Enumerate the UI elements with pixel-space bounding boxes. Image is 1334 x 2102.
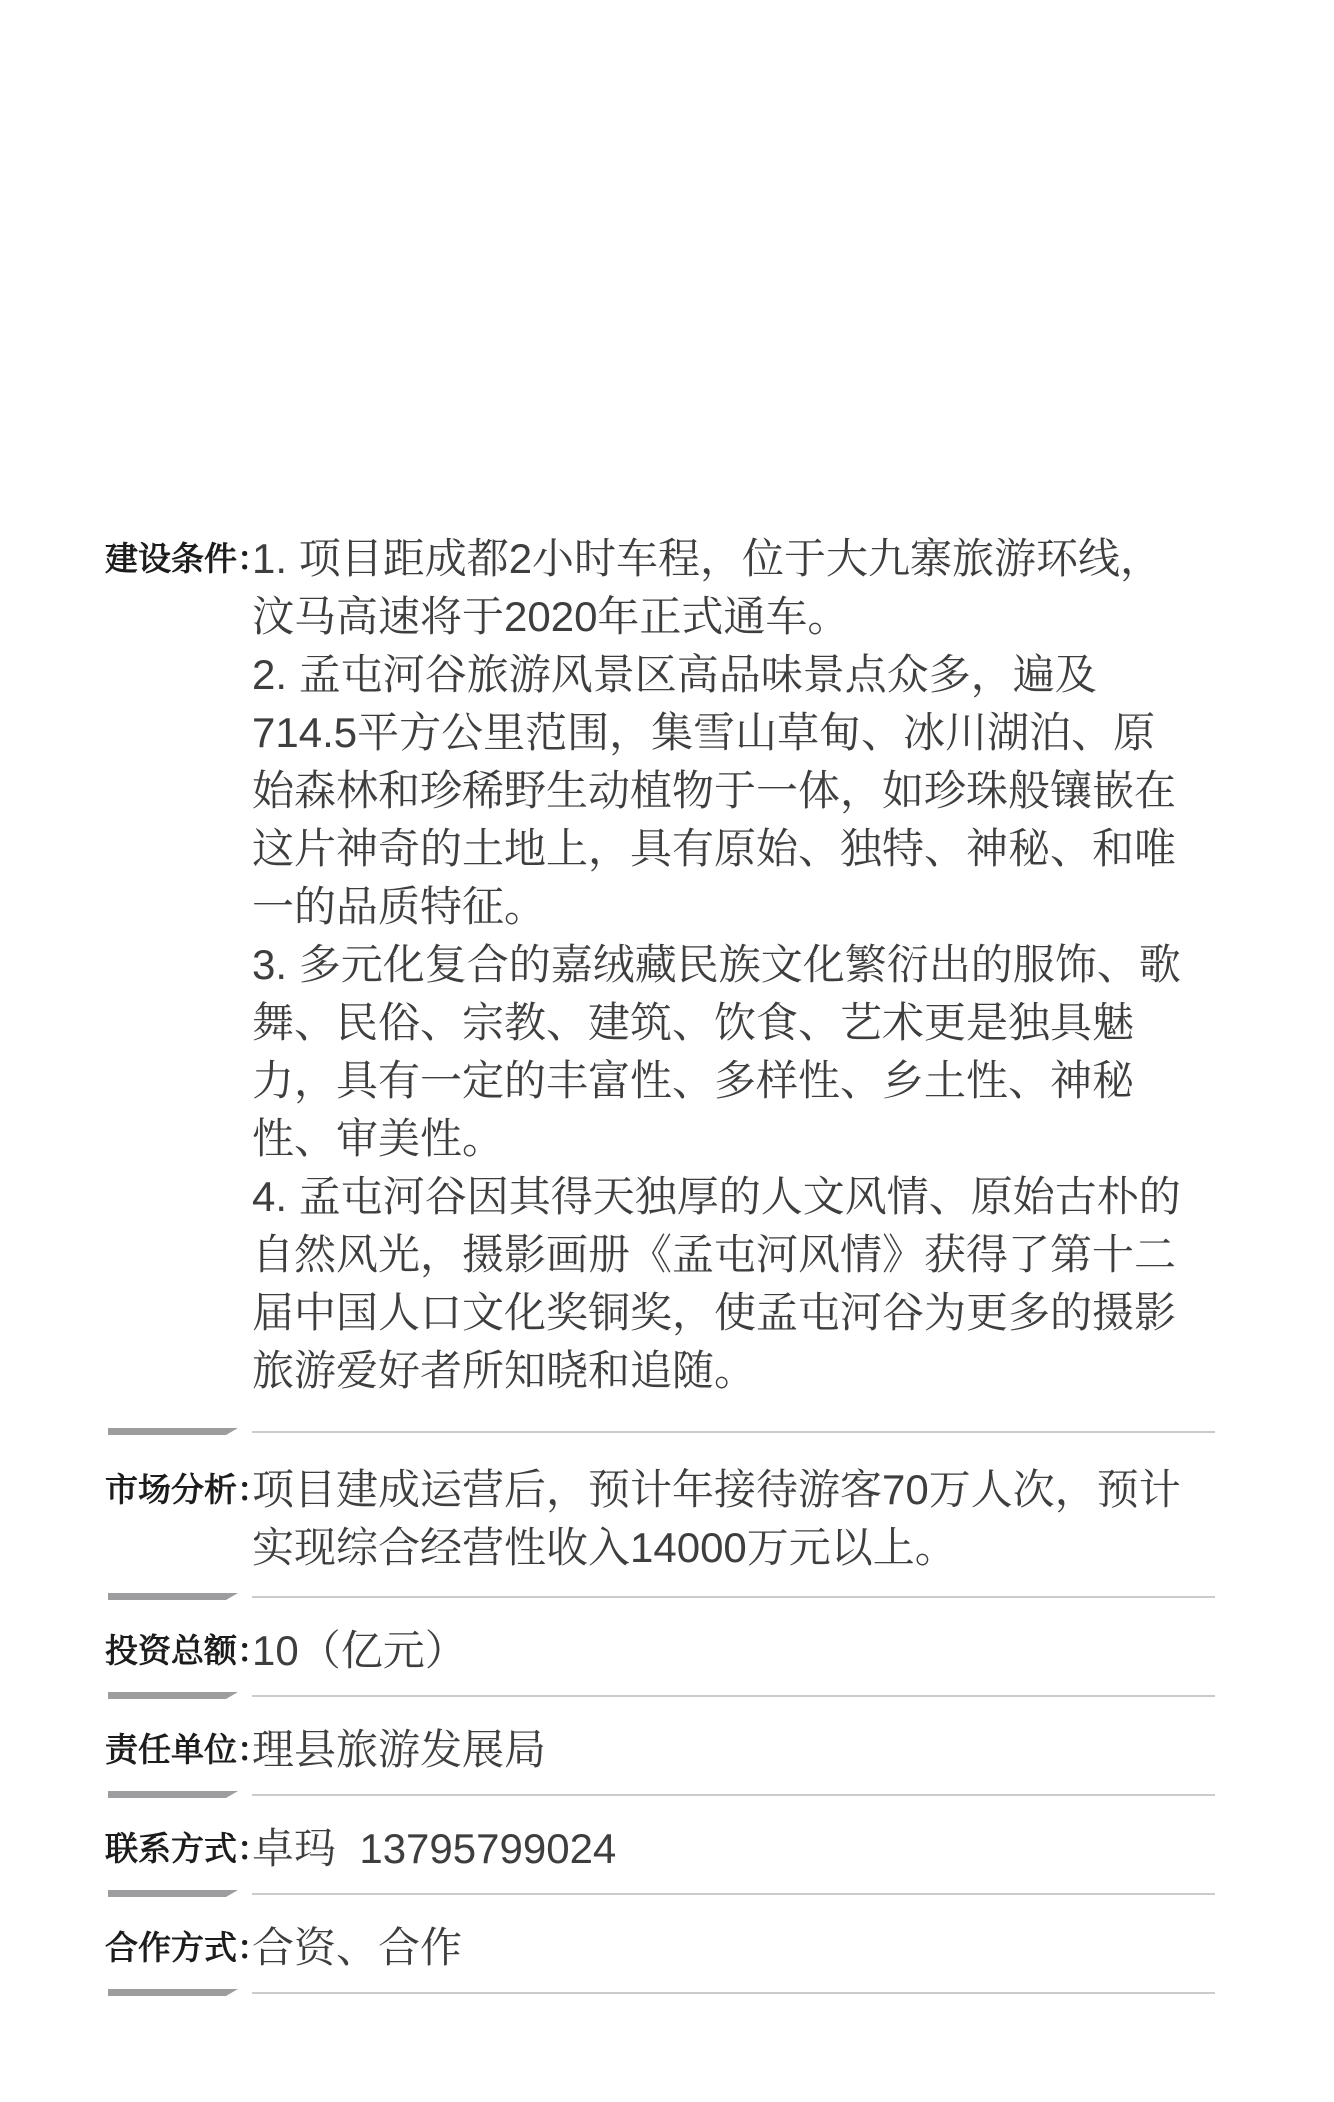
field-value-line: 一的品质特征。 [252,878,1227,936]
field-value-line: 理县旅游发展局 [252,1721,1227,1779]
field-value-line: 714.5平方公里范围，集雪山草甸、冰川湖泊、原 [252,704,1227,762]
field-label: 合作方式： [105,1919,252,1977]
field-value: 项目建成运营后，预计年接待游客70万人次，预计实现综合经营性收入14000万元以… [252,1461,1227,1577]
project-info-document: 建设条件： 1. 项目距成都2小时车程，位于大九寨旅游环线，汶马高速将于2020… [0,0,1334,1996]
field-value-line: 3. 多元化复合的嘉绒藏民族文化繁衍出的服饰、歌 [252,936,1227,994]
row-construction-conditions: 建设条件： 1. 项目距成都2小时车程，位于大九寨旅游环线，汶马高速将于2020… [0,530,1334,1428]
divider-bar-accent [108,1890,238,1897]
field-value-line: 始森林和珍稀野生动植物于一体，如珍珠般镶嵌在 [252,762,1227,820]
field-label: 建设条件： [105,530,252,588]
field-value-line: 届中国人口文化奖铜奖，使孟屯河谷为更多的摄影 [252,1284,1227,1342]
field-value: 1. 项目距成都2小时车程，位于大九寨旅游环线，汶马高速将于2020年正式通车。… [252,530,1227,1400]
divider-rule [252,1992,1215,1994]
divider-rule [252,1794,1215,1796]
field-value-line: 10（亿元） [252,1622,1227,1680]
field-value-line: 合资、合作 [252,1919,1227,1977]
field-value: 合资、合作 [252,1919,1227,1977]
field-value-line: 旅游爱好者所知晓和追随。 [252,1342,1227,1400]
field-value-line: 自然风光，摄影画册《孟屯河风情》获得了第十二 [252,1226,1227,1284]
field-value-line: 卓玛 13795799024 [252,1820,1227,1878]
row-total-investment: 投资总额： 10（亿元） [0,1600,1334,1692]
divider-bar-accent [108,1692,238,1699]
row-market-analysis: 市场分析： 项目建成运营后，预计年接待游客70万人次，预计实现综合经营性收入14… [0,1435,1334,1593]
field-label: 市场分析： [105,1461,252,1519]
field-value-line: 力，具有一定的丰富性、多样性、乡土性、神秘 [252,1052,1227,1110]
divider-bar-accent [108,1593,238,1600]
divider-rule [252,1893,1215,1895]
divider-rule [252,1431,1215,1433]
row-contact-info: 联系方式： 卓玛 13795799024 [0,1798,1334,1890]
field-value-line: 汶马高速将于2020年正式通车。 [252,588,1227,646]
divider-bar-accent [108,1428,238,1435]
field-value-line: 2. 孟屯河谷旅游风景区高品味景点众多，遍及 [252,646,1227,704]
field-value: 理县旅游发展局 [252,1721,1227,1779]
field-value-line: 舞、民俗、宗教、建筑、饮食、艺术更是独具魅 [252,994,1227,1052]
divider-rule [252,1695,1215,1697]
field-value-line: 性、审美性。 [252,1110,1227,1168]
section-divider [108,1989,1215,1996]
field-label: 投资总额： [105,1622,252,1680]
field-value-line: 这片神奇的土地上，具有原始、独特、神秘、和唯 [252,820,1227,878]
field-value-line: 1. 项目距成都2小时车程，位于大九寨旅游环线， [252,530,1227,588]
section-divider [108,1692,1215,1699]
section-divider [108,1890,1215,1897]
field-value: 卓玛 13795799024 [252,1820,1227,1878]
field-value-line: 项目建成运营后，预计年接待游客70万人次，预计 [252,1461,1227,1519]
field-label: 联系方式： [105,1820,252,1878]
field-value: 10（亿元） [252,1622,1227,1680]
section-divider [108,1791,1215,1798]
field-label: 责任单位： [105,1721,252,1779]
row-responsible-unit: 责任单位： 理县旅游发展局 [0,1699,1334,1791]
divider-bar-accent [108,1989,238,1996]
divider-rule [252,1596,1215,1598]
row-cooperation-method: 合作方式： 合资、合作 [0,1897,1334,1989]
field-value-line: 实现综合经营性收入14000万元以上。 [252,1519,1227,1577]
divider-bar-accent [108,1791,238,1798]
section-divider [108,1593,1215,1600]
section-divider [108,1428,1215,1435]
field-value-line: 4. 孟屯河谷因其得天独厚的人文风情、原始古朴的 [252,1168,1227,1226]
